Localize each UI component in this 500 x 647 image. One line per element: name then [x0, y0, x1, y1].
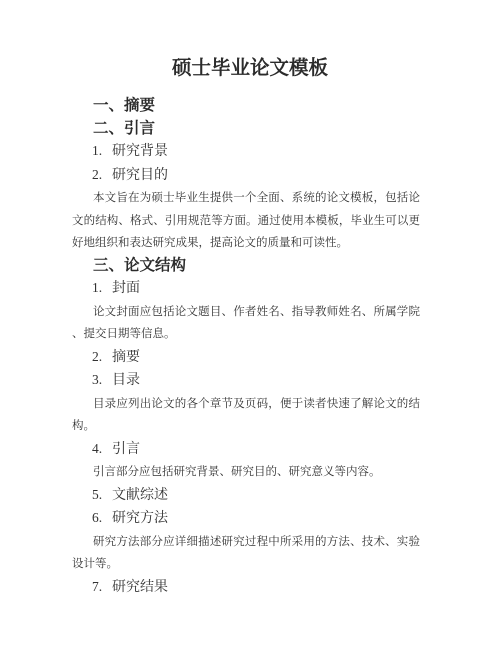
paragraph: 本文旨在为硕士毕业生提供一个全面、系统的论文模板，包括论文的结构、格式、引用规范… [72, 187, 420, 255]
item-number: 1. [92, 277, 112, 300]
item-number: 3. [92, 369, 112, 392]
document-body: 一、摘要二、引言1.研究背景2.研究目的本文旨在为硕士毕业生提供一个全面、系统的… [72, 95, 420, 599]
numbered-item: 6.研究方法 [72, 507, 420, 531]
item-text: 摘要 [112, 350, 140, 365]
item-text: 引言 [112, 442, 140, 457]
numbered-item: 5.文献综述 [72, 484, 420, 508]
numbered-item: 1.封面 [72, 277, 420, 301]
item-number: 2. [92, 346, 112, 369]
section-heading: 二、引言 [72, 118, 420, 141]
item-text: 文献综述 [112, 488, 168, 503]
item-text: 研究结果 [112, 580, 168, 595]
section-heading: 一、摘要 [72, 95, 420, 118]
document-page: 硕士毕业论文模板 一、摘要二、引言1.研究背景2.研究目的本文旨在为硕士毕业生提… [0, 0, 500, 647]
paragraph: 研究方法部分应详细描述研究过程中所采用的方法、技术、实验设计等。 [72, 531, 420, 576]
item-text: 研究目的 [112, 168, 168, 183]
numbered-item: 2.摘要 [72, 346, 420, 370]
numbered-item: 2.研究目的 [72, 164, 420, 188]
item-text: 研究方法 [112, 511, 168, 526]
item-number: 2. [92, 164, 112, 187]
numbered-item: 3.目录 [72, 369, 420, 393]
paragraph: 目录应列出论文的各个章节及页码，便于读者快速了解论文的结构。 [72, 393, 420, 438]
item-text: 研究背景 [112, 144, 168, 159]
section-heading: 三、论文结构 [72, 255, 420, 278]
item-text: 目录 [112, 373, 140, 388]
item-number: 1. [92, 140, 112, 163]
numbered-item: 1.研究背景 [72, 140, 420, 164]
item-number: 5. [92, 484, 112, 507]
numbered-item: 7.研究结果 [72, 576, 420, 600]
item-number: 4. [92, 438, 112, 461]
numbered-item: 4.引言 [72, 438, 420, 462]
paragraph: 引言部分应包括研究背景、研究目的、研究意义等内容。 [72, 461, 420, 484]
item-text: 封面 [112, 281, 140, 296]
paragraph: 论文封面应包括论文题目、作者姓名、指导教师姓名、所属学院、提交日期等信息。 [72, 301, 420, 346]
document-title: 硕士毕业论文模板 [0, 52, 500, 85]
item-number: 6. [92, 507, 112, 530]
item-number: 7. [92, 576, 112, 599]
